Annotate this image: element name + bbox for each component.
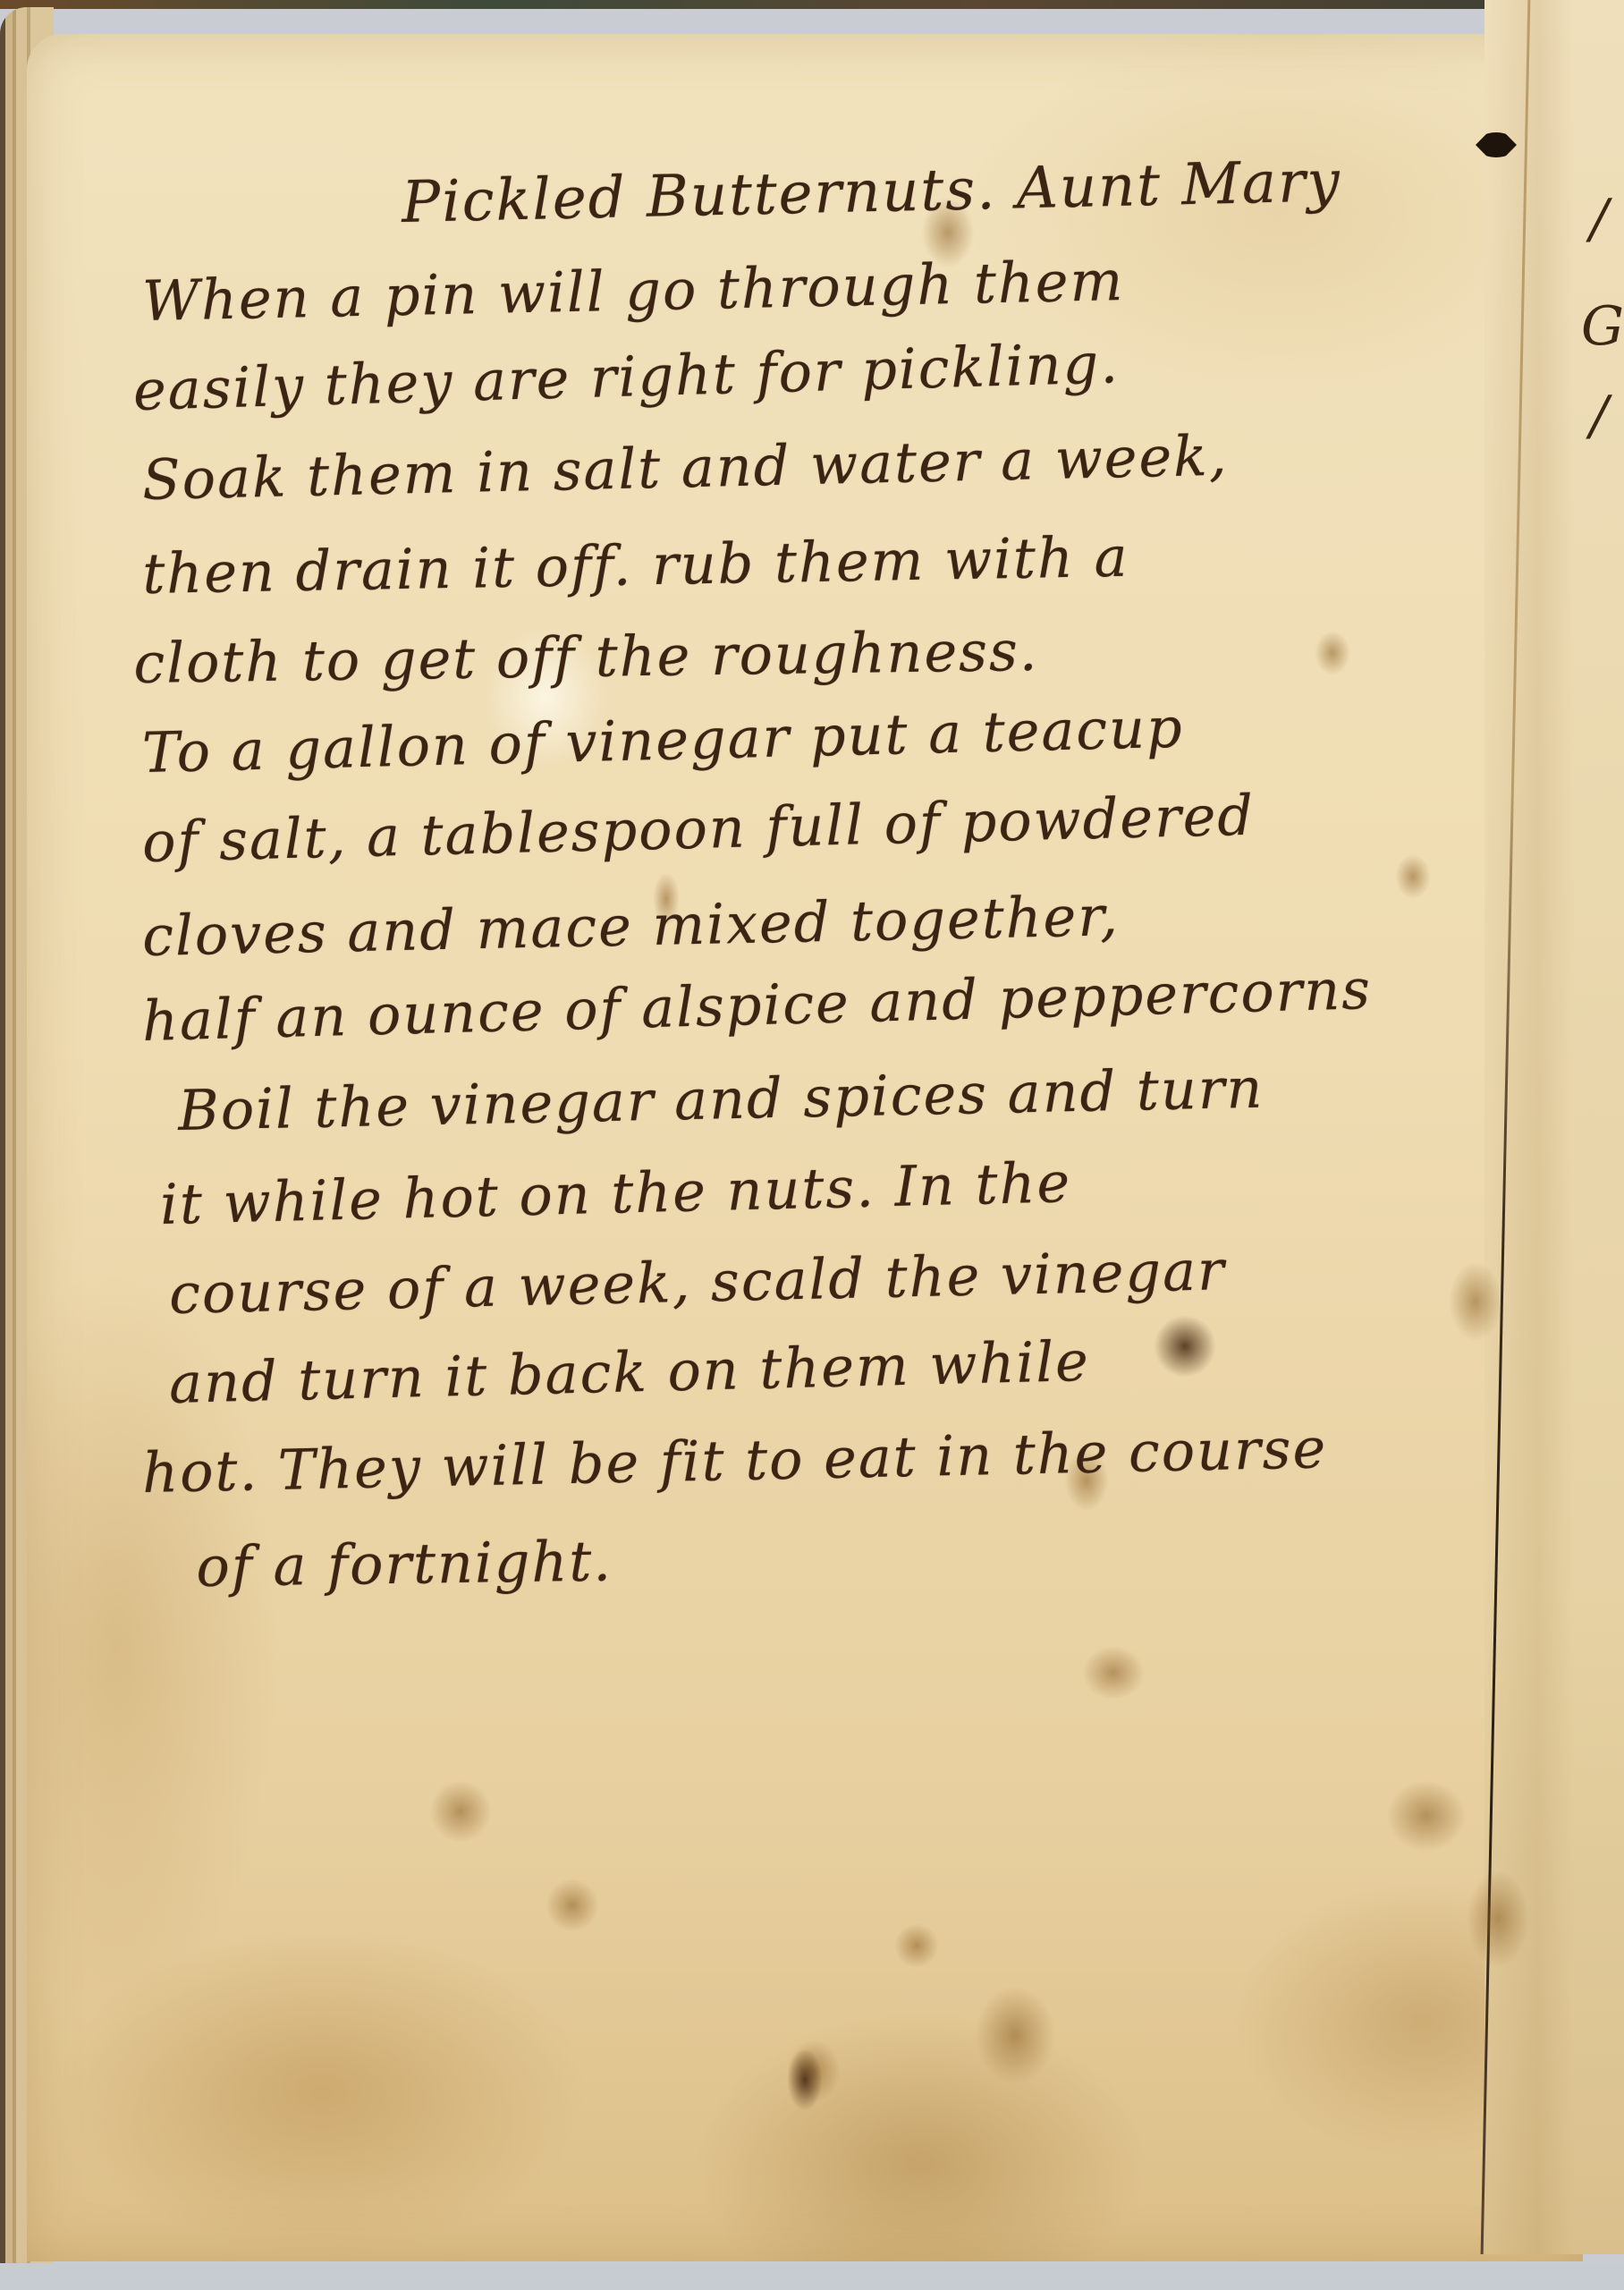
- recipe-line: When a pin will go through them: [141, 248, 1124, 334]
- recipe-line: Boil the vinegar and spices and turn: [177, 1056, 1265, 1143]
- recipe-line: To a gallon of vinegar put a teacup: [141, 695, 1184, 785]
- recipe-line: Soak them in salt and water a week,: [141, 422, 1229, 513]
- recipe-line: course of a week, scald the vinegar: [168, 1237, 1226, 1327]
- recipe-line: cloves and mace mixed together,: [141, 883, 1120, 969]
- recipe-line: cloth to get off the roughness.: [133, 618, 1039, 696]
- recipe-line: half an ounce of alspice and peppercorns: [141, 956, 1373, 1054]
- recipe-title: Pickled Butternuts. Aunt Mary: [401, 148, 1341, 236]
- recipe-line: of salt, a tablespoon full of powdered: [141, 783, 1256, 875]
- recipe-line: hot. They will be fit to eat in the cour…: [141, 1415, 1327, 1505]
- recipe-line: then drain it off. rub them with a: [142, 524, 1129, 606]
- recipe-line: it while hot on the nuts. In the: [159, 1149, 1072, 1237]
- recipe-line: and turn it back on them while: [168, 1328, 1090, 1416]
- scanner-background: [0, 2263, 1624, 2290]
- recipe-line: of a fortnight.: [196, 1529, 613, 1599]
- manuscript-text: Pickled Butternuts. Aunt Mary When a pin…: [0, 0, 1624, 2290]
- recipe-line: easily they are right for pickling.: [132, 330, 1121, 423]
